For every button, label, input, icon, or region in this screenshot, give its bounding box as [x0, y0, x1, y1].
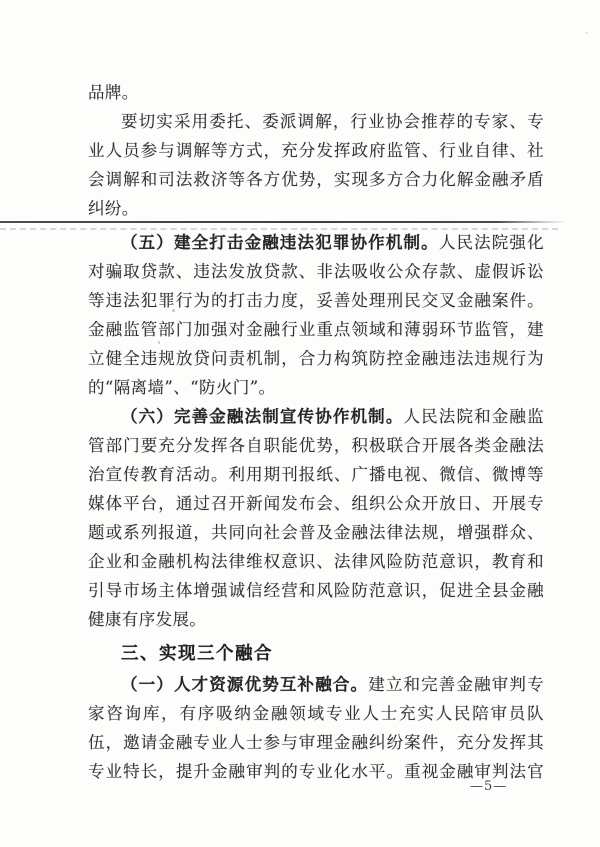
emphasis-text: 三、实现三个融合 — [121, 644, 273, 664]
body-line: 纠纷。 — [88, 194, 544, 223]
body-line: 金融监管部门加强对金融行业重点领域和薄弱环节监管，建 — [88, 315, 544, 344]
body-line: 治宣传教育活动。利用期刊报纸、广播电视、微信、微博等 — [88, 460, 544, 489]
emphasis-text: （六）完善金融法制宣传协作机制。 — [121, 407, 404, 426]
emphasis-text: （一）人才资源优势互补融合。 — [121, 675, 368, 694]
body-text: 治宣传教育活动。利用期刊报纸、广播电视、微信、微博等 — [88, 465, 544, 484]
document-body: 品牌。要切实采用委托、委派调解，行业协会推荐的专家、专业人员参与调解等方式，充分… — [88, 78, 544, 786]
body-line: （六）完善金融法制宣传协作机制。人民法院和金融监 — [88, 402, 544, 431]
document-page: 品牌。要切实采用委托、委派调解，行业协会推荐的专家、专业人员参与调解等方式，充分… — [0, 0, 600, 847]
body-text: 对骗取贷款、违法发放贷款、非法吸收公众存款、虚假诉讼 — [88, 262, 544, 281]
body-line: 业人员参与调解等方式，充分发挥政府监管、行业自律、社 — [88, 136, 544, 165]
body-line: 品牌。 — [88, 78, 544, 107]
emphasis-text: （五）建全打击金融违法犯罪协作机制。 — [121, 233, 439, 252]
scan-speck — [172, 309, 175, 312]
body-text: 引导市场主体增强诚信经营和风险防范意识，促进全县金融 — [88, 581, 544, 600]
body-line: 伍，邀请金融专业人士参与审理金融纠纷案件，充分发挥其 — [88, 728, 544, 757]
body-line: （一）人才资源优势互补融合。建立和完善金融审判专 — [88, 670, 544, 699]
body-line: 媒体平台，通过召开新闻发布会、组织公众开放日、开展专 — [88, 489, 544, 518]
scan-speck — [158, 341, 160, 344]
body-text: 伍，邀请金融专业人士参与审理金融纠纷案件，充分发挥其 — [88, 733, 544, 752]
body-line: 要切实采用委托、委派调解，行业协会推荐的专家、专 — [88, 107, 544, 136]
body-line: 立健全违规放贷问责机制，合力构筑防控金融违法违规行为 — [88, 344, 544, 373]
section-heading: 三、实现三个融合 — [88, 639, 544, 670]
body-text: 题或系列报道，共同向社会普及金融法律法规，增强群众、 — [88, 523, 544, 542]
body-text: 媒体平台，通过召开新闻发布会、组织公众开放日、开展专 — [88, 494, 544, 513]
body-text: 金融监管部门加强对金融行业重点领域和薄弱环节监管，建 — [88, 320, 544, 339]
body-line: 的“隔离墙”、“防火门”。 — [88, 373, 544, 402]
body-text: 要切实采用委托、委派调解，行业协会推荐的专家、专 — [121, 112, 544, 131]
body-text: 纠纷。 — [88, 199, 139, 218]
body-text: 的“隔离墙”、“防火门”。 — [88, 378, 275, 397]
body-line: （五）建全打击金融违法犯罪协作机制。人民法院强化 — [88, 228, 544, 257]
body-line: 会调解和司法救济等各方优势，实现多方合力化解金融矛盾 — [88, 165, 544, 194]
body-text: 会调解和司法救济等各方优势，实现多方合力化解金融矛盾 — [88, 170, 544, 189]
body-text: 管部门要充分发挥各自职能优势，积极联合开展各类金融法 — [88, 436, 544, 455]
body-line: 题或系列报道，共同向社会普及金融法律法规，增强群众、 — [88, 518, 544, 547]
scan-speck — [585, 32, 588, 34]
body-text: 等违法犯罪行为的打击力度，妥善处理刑民交叉金融案件。 — [88, 291, 544, 310]
body-line: 对骗取贷款、违法发放贷款、非法吸收公众存款、虚假诉讼 — [88, 257, 544, 286]
page-number: —5— — [470, 779, 507, 794]
body-text: 业人员参与调解等方式，充分发挥政府监管、行业自律、社 — [88, 141, 544, 160]
body-text: 人民法院和金融监 — [404, 407, 545, 426]
body-text: 品牌。 — [88, 83, 139, 102]
body-text: 建立和完善金融审判专 — [368, 675, 544, 694]
body-text: 人民法院强化 — [439, 233, 544, 252]
body-line: 等违法犯罪行为的打击力度，妥善处理刑民交叉金融案件。 — [88, 286, 544, 315]
body-text: 立健全违规放贷问责机制，合力构筑防控金融违法违规行为 — [88, 349, 544, 368]
body-line: 健康有序发展。 — [88, 605, 544, 634]
body-line: 管部门要充分发挥各自职能优势，积极联合开展各类金融法 — [88, 431, 544, 460]
body-line: 引导市场主体增强诚信经营和风险防范意识，促进全县金融 — [88, 576, 544, 605]
body-text: 家咨询库，有序吸纳金融领域专业人士充实人民陪审员队 — [88, 704, 544, 723]
body-text: 企业和金融机构法律维权意识、法律风险防范意识，教育和 — [88, 552, 544, 571]
body-text: 健康有序发展。 — [88, 610, 206, 629]
body-line: 家咨询库，有序吸纳金融领域专业人士充实人民陪审员队 — [88, 699, 544, 728]
body-line: 企业和金融机构法律维权意识、法律风险防范意识，教育和 — [88, 547, 544, 576]
